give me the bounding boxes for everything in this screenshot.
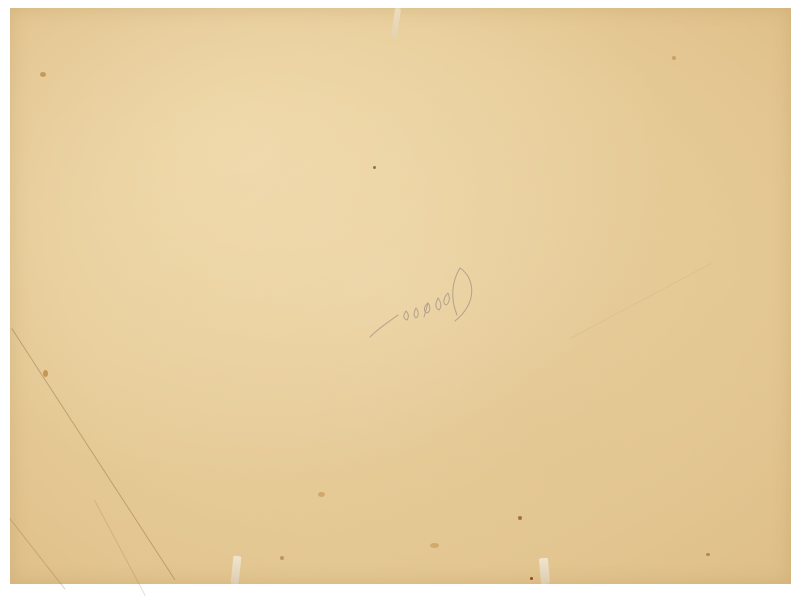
foxing-spot	[40, 72, 46, 77]
tear-bottom-right	[539, 558, 550, 585]
foxing-spot	[530, 577, 533, 580]
pencil-signature	[360, 263, 480, 343]
foxing-spot	[318, 492, 325, 497]
tear-bottom-left	[231, 556, 242, 585]
paper-sheet	[10, 8, 791, 584]
foxing-spot	[280, 556, 284, 560]
crease-right-faint	[570, 263, 712, 339]
foxing-spot	[706, 553, 710, 556]
tear-top-center	[391, 8, 401, 39]
foxing-spot	[43, 370, 48, 377]
foxing-spot	[672, 56, 676, 60]
foxing-spot	[373, 166, 376, 169]
foxing-spot	[518, 516, 522, 520]
foxing-spot	[430, 543, 439, 548]
crease-bottom-diagonal	[94, 500, 147, 596]
crease-lower-left	[11, 328, 175, 580]
crease-lower-left-secondary	[9, 518, 65, 590]
